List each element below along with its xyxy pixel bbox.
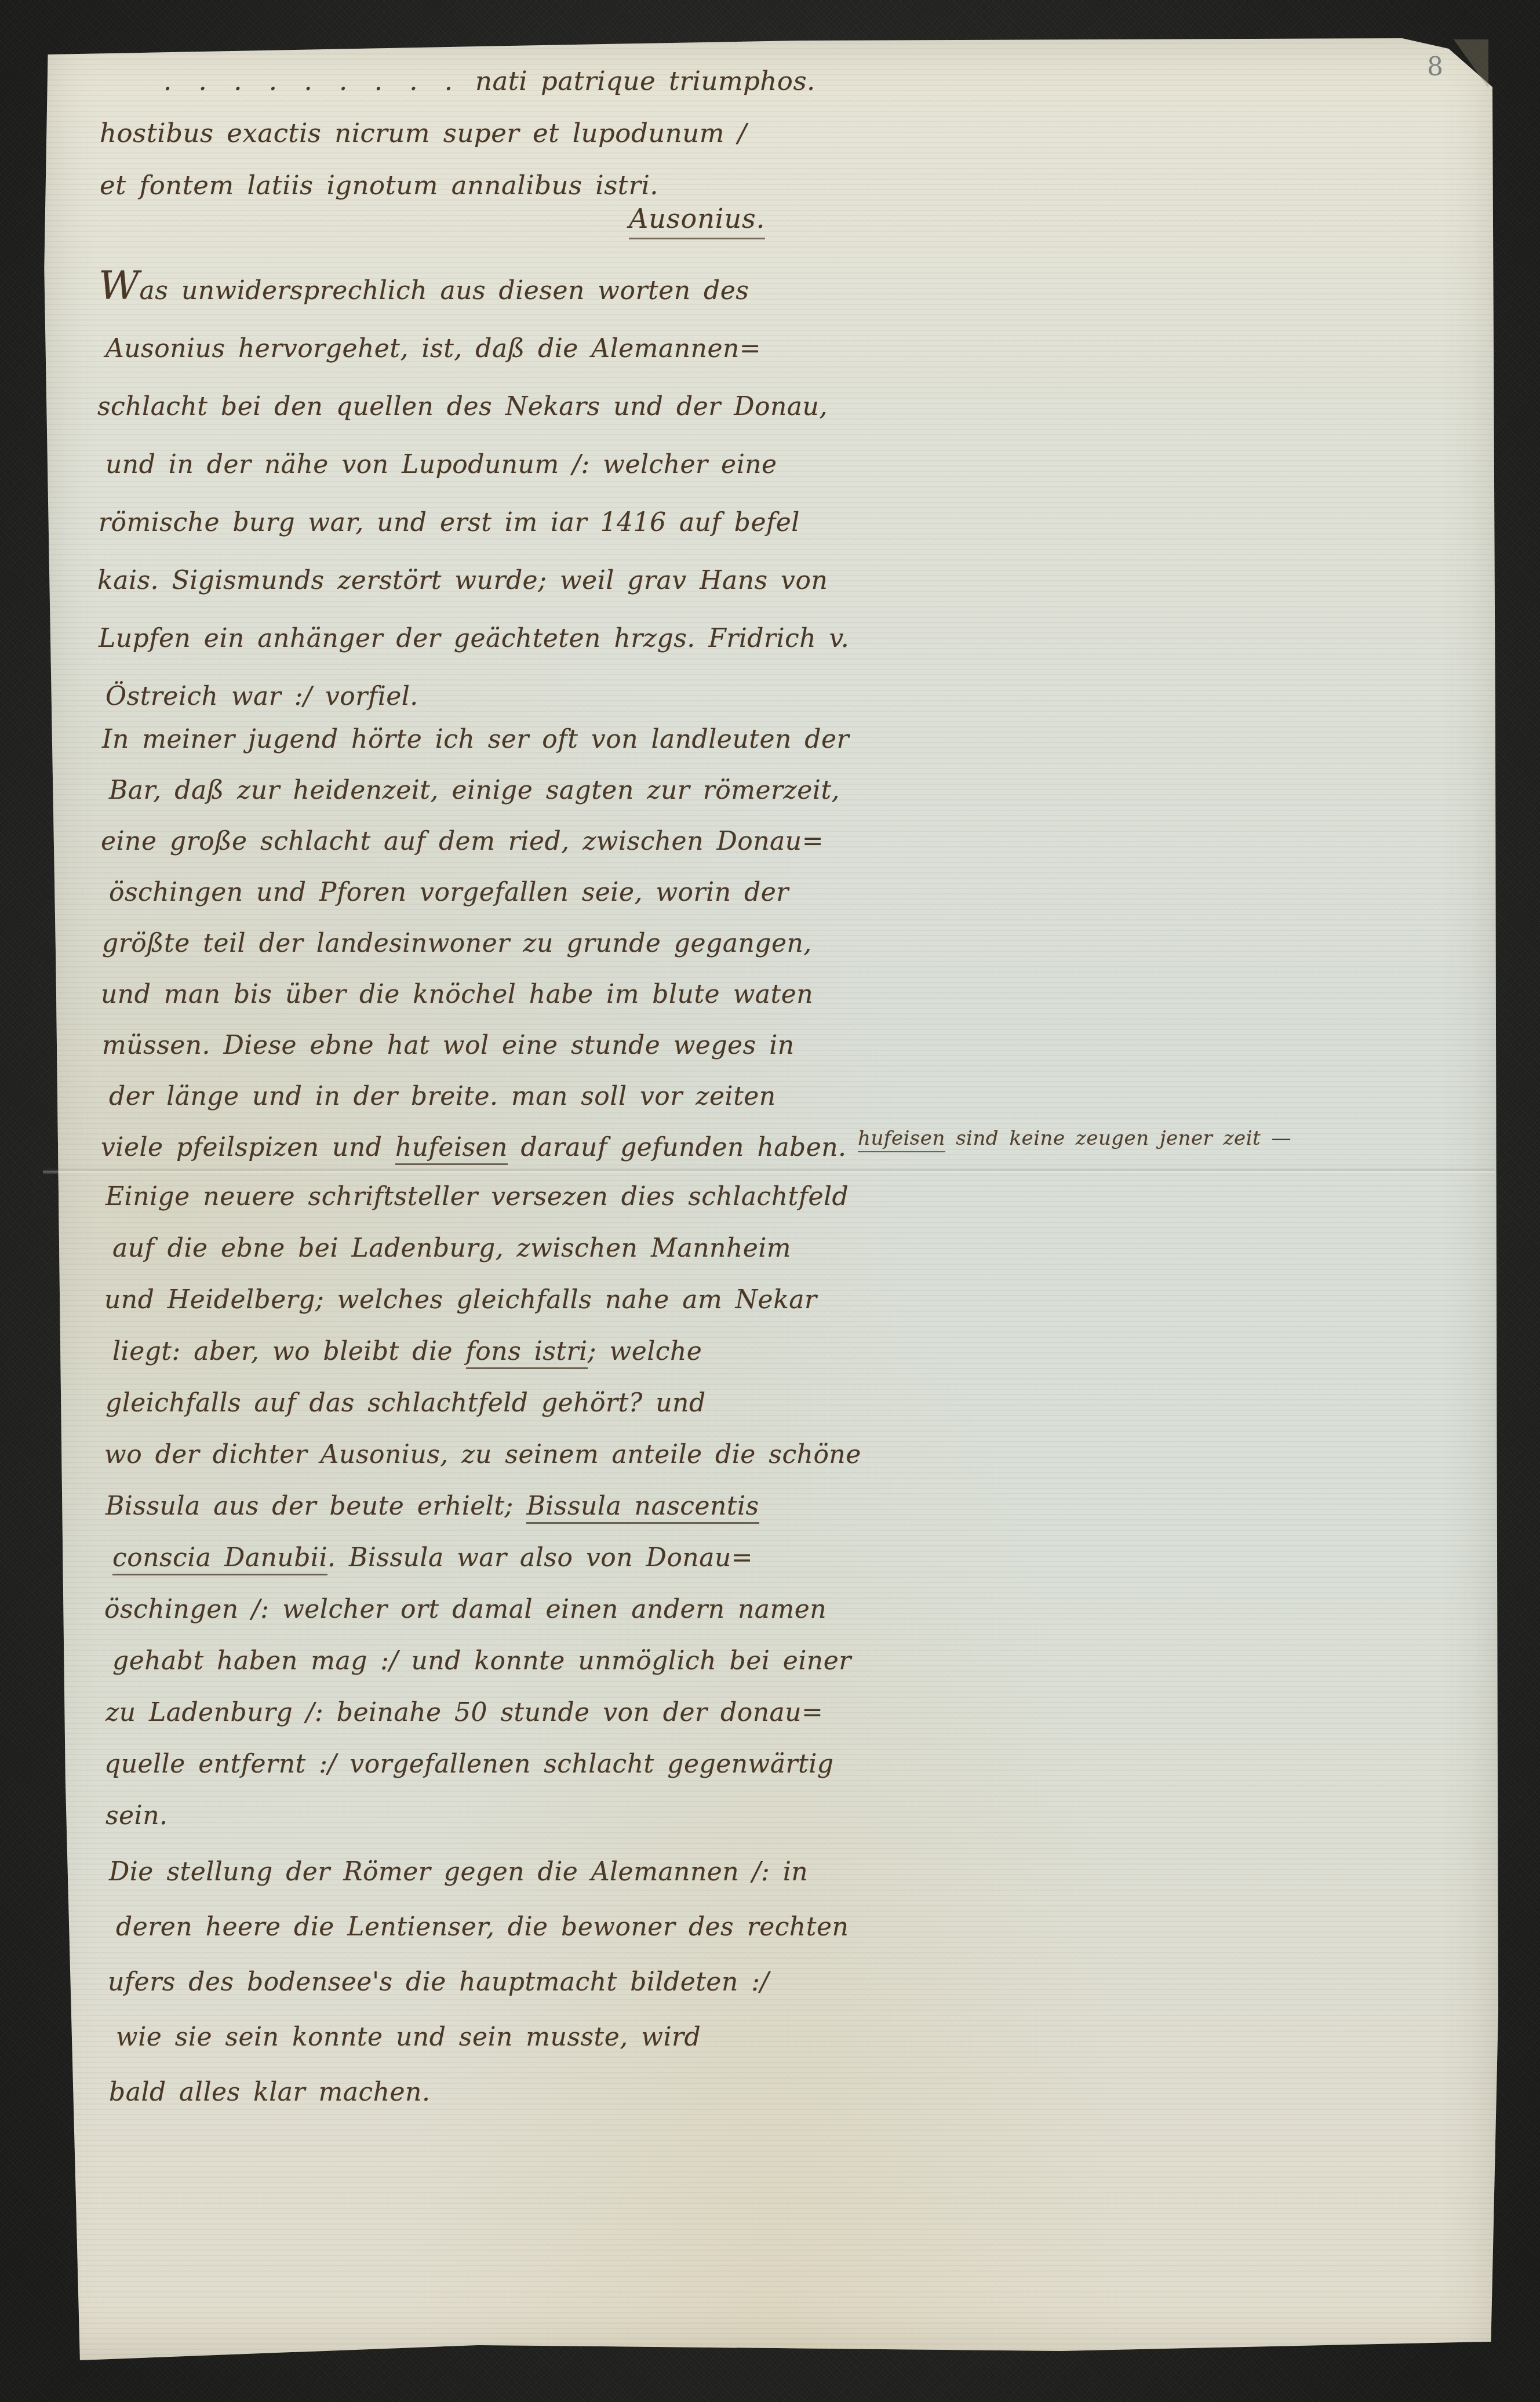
manuscript-line: Ausonius hervorgehet, ist, daß die Alema…: [105, 320, 849, 378]
manuscript-line: gleichfalls auf das schlachtfeld gehört?…: [105, 1377, 861, 1429]
manuscript-scan: { "page": { "number": "8", "colors": { "…: [0, 0, 1540, 2402]
underlined-phrase: fons istri: [466, 1337, 588, 1369]
manuscript-line: . . . . . . . . . nati patrique triumpho…: [100, 55, 815, 107]
manuscript-line: Bar, daß zur heidenzeit, einige sagten z…: [109, 765, 849, 816]
manuscript-line: der länge und in der breite. man soll vo…: [109, 1071, 849, 1122]
manuscript-line: eine große schlacht auf dem ried, zwisch…: [101, 816, 849, 867]
manuscript-line: sein.: [105, 1790, 861, 1841]
manuscript-line: hostibus exactis nicrum super et lupodun…: [100, 107, 815, 159]
manuscript-line: größte teil der landesinwoner zu grunde …: [102, 918, 849, 969]
manuscript-line: liegt: aber, wo bleibt die fons istri; w…: [112, 1326, 861, 1377]
paragraph-2: In meiner jugend hörte ich ser oft von l…: [102, 714, 849, 1173]
page-number: 8: [1427, 52, 1443, 82]
paragraph-3: Einige neuere schriftsteller versezen di…: [105, 1171, 861, 1841]
leader-dots: . . . . . . . . .: [163, 65, 462, 96]
margin-annotation: hufeisen sind keine zeugen jener zeit —: [858, 1127, 1291, 1150]
manuscript-line: und Heidelberg; welches gleichfalls nahe…: [104, 1274, 861, 1326]
manuscript-line: conscia Danubii. Bissula war also von Do…: [112, 1532, 861, 1584]
paragraph-1: Was unwidersprechlich aus diesen worten …: [99, 262, 849, 726]
manuscript-line: Bissula aus der beute erhielt; Bissula n…: [105, 1480, 861, 1532]
manuscript-line: zu Ladenburg /: beinahe 50 stunde von de…: [105, 1687, 861, 1738]
underlined-word: hufeisen: [858, 1127, 945, 1152]
manuscript-line: bald alles klar machen.: [109, 2065, 849, 2120]
underlined-phrase: conscia Danubii: [112, 1543, 327, 1575]
manuscript-line: öschingen und Pforen vorgefallen seie, w…: [109, 867, 849, 918]
latin-quote-block: . . . . . . . . . nati patrique triumpho…: [100, 55, 815, 212]
manuscript-line: ufers des bodensee's die hauptmacht bild…: [108, 1955, 849, 2010]
manuscript-line: öschingen /: welcher ort damal einen and…: [104, 1584, 861, 1635]
manuscript-line: römische burg war, und erst im iar 1416 …: [99, 494, 849, 552]
manuscript-line: und in der nähe von Lupodunum /: welcher…: [105, 436, 849, 494]
manuscript-line: schlacht bei den quellen des Nekars und …: [97, 378, 849, 436]
manuscript-line: In meiner jugend hörte ich ser oft von l…: [102, 714, 849, 765]
manuscript-line: und man bis über die knöchel habe im blu…: [101, 969, 849, 1020]
manuscript-line: Lupfen ein anhänger der geächteten hrzgs…: [99, 610, 849, 668]
manuscript-content: 8 . . . . . . . . . nati patrique triump…: [0, 0, 1540, 2402]
manuscript-line: gehabt haben mag :/ und konnte unmöglich…: [112, 1635, 861, 1687]
underlined-word: hufeisen: [395, 1133, 508, 1165]
paragraph-4: Die stellung der Römer gegen die Alemann…: [109, 1844, 849, 2120]
quote-attribution: Ausonius.: [629, 203, 765, 239]
manuscript-line: deren heere die Lentienser, die bewoner …: [116, 1899, 849, 1955]
manuscript-line: Was unwidersprechlich aus diesen worten …: [99, 262, 849, 320]
manuscript-line: auf die ebne bei Ladenburg, zwischen Man…: [112, 1222, 861, 1274]
manuscript-line: müssen. Diese ebne hat wol eine stunde w…: [102, 1020, 849, 1071]
manuscript-line: wo der dichter Ausonius, zu seinem antei…: [104, 1429, 861, 1480]
manuscript-line: Einige neuere schriftsteller versezen di…: [105, 1171, 861, 1222]
manuscript-line: viele pfeilspizen und hufeisen darauf ge…: [101, 1122, 849, 1173]
manuscript-line: wie sie sein konnte und sein musste, wir…: [116, 2010, 849, 2065]
manuscript-line: kais. Sigismunds zerstört wurde; weil gr…: [97, 552, 849, 610]
manuscript-line: quelle entfernt :/ vorgefallenen schlach…: [104, 1738, 861, 1790]
manuscript-line: Die stellung der Römer gegen die Alemann…: [109, 1844, 849, 1899]
underlined-phrase: Bissula nascentis: [526, 1491, 759, 1524]
